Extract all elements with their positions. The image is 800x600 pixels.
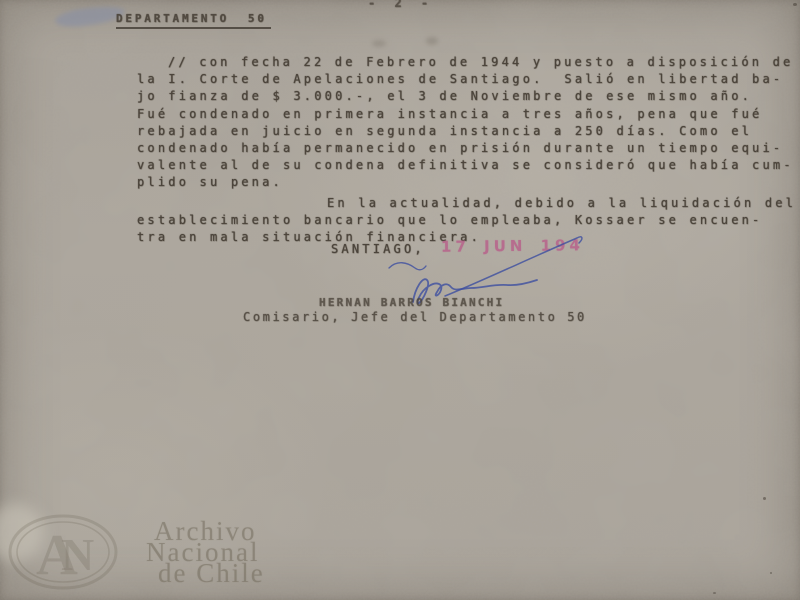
body-line: Fué condenado en primera instancia a tre…	[137, 106, 797, 123]
body-line: En la actualidad, debido a la liquidació…	[137, 195, 797, 212]
watermark-line: Archivo	[154, 521, 265, 542]
scanned-document-page: - 2 - DEPARTAMENTO 50 // con fecha 22 de…	[0, 0, 800, 600]
page-number: - 2 -	[368, 0, 434, 10]
ink-speck	[793, 3, 797, 6]
signer-title: Comisario, Jefe del Departamento 50	[243, 310, 587, 324]
watermark-line: Nacional	[146, 542, 265, 563]
body-line: la I. Corte de Apelaciones de Santiago. …	[137, 71, 797, 88]
body-line: plido su pena.	[137, 174, 797, 191]
body-line: condenado había permanecido en prisión d…	[137, 140, 797, 157]
place-line: SANTIAGO,	[331, 242, 425, 256]
body-line: rebajada en juicio en segunda instancia …	[137, 123, 797, 140]
ink-speck	[770, 572, 772, 574]
body-line: valente al de su condena definitiva se c…	[137, 157, 797, 174]
body-line: establecimiento bancario que lo empleaba…	[137, 212, 797, 229]
ink-speck	[763, 497, 766, 500]
paper-light-patch	[0, 504, 44, 562]
department-header: DEPARTAMENTO 50	[116, 12, 271, 29]
body-line: // con fecha 22 de Febrero de 1944 y pue…	[137, 54, 797, 71]
watermark-line: de Chile	[158, 563, 265, 584]
date-stamp: 17 JUN 194	[441, 236, 584, 255]
body-line: jo fianza de $ 3.000.-, el 3 de Noviembr…	[137, 88, 797, 105]
ink-offset-mark	[426, 37, 438, 45]
ink-speck	[713, 592, 716, 594]
body-text: // con fecha 22 de Febrero de 1944 y pue…	[137, 54, 797, 246]
archive-watermark: A N Archivo Nacional de Chile	[6, 512, 265, 592]
signer-name: HERNAN BARROS BIANCHI	[319, 296, 504, 309]
ink-offset-mark	[372, 40, 386, 47]
watermark-text: Archivo Nacional de Chile	[142, 521, 265, 584]
svg-text:N: N	[61, 529, 94, 580]
